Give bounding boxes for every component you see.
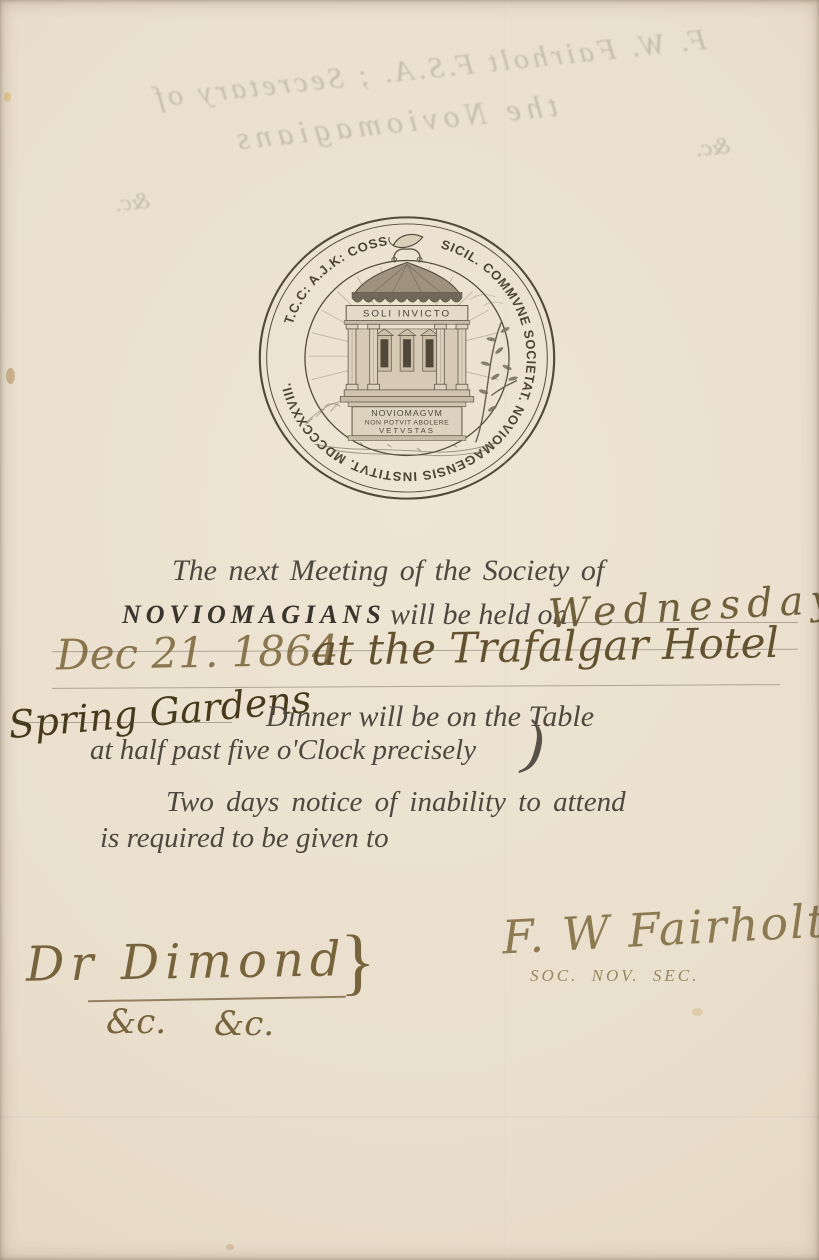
frieze-text: SOLI INVICTO	[363, 309, 451, 320]
leaf-ornament-icon	[393, 234, 422, 247]
foxing-spot	[4, 92, 11, 102]
fold-crease-vertical	[504, 0, 507, 1260]
notice-line5: Two days notice of inability to attend	[166, 786, 626, 819]
secretary-title: SOC. NOV. SEC.	[530, 966, 699, 986]
addressee-etc-2: &c.	[214, 1004, 274, 1044]
notice-line4: at half past five o'Clock precisely	[90, 734, 476, 767]
foxing-spot	[226, 1244, 234, 1250]
foxing-spot	[692, 1008, 703, 1016]
addressee-name: Dr Dimond	[26, 931, 348, 993]
addressee-brace: }	[340, 920, 376, 1005]
handwritten-date: Dec 21. 1864	[56, 626, 339, 680]
notice-line1: The next Meeting of the Society of	[172, 554, 604, 588]
pedestal-line1: NOVIOMAGVM	[371, 408, 443, 418]
notice-line6: is required to be given to	[100, 822, 389, 855]
windows	[376, 329, 439, 371]
secretary-signature: F. W Fairholt	[501, 894, 819, 965]
ruled-line	[552, 622, 798, 623]
pedestal-line3: VETVSTAS	[379, 426, 435, 435]
seal-engraving: T.C.C: A.J.K: COSS SICIL. COMMVNE SOCIET…	[250, 208, 564, 508]
showthrough-mark-left: &c.	[114, 188, 152, 219]
stylobate	[344, 390, 470, 397]
fold-crease-horizontal	[0, 1116, 819, 1120]
ruled-line	[18, 722, 232, 723]
foxing-spot	[6, 368, 15, 384]
handwritten-venue: at the Trafalgar Hotel	[312, 618, 780, 675]
showthrough-mark-right: &c.	[694, 133, 732, 164]
leaf-ornament-stem	[389, 237, 393, 245]
ruled-line	[52, 684, 780, 689]
society-seal: T.C.C: A.J.K: COSS SICIL. COMMVNE SOCIET…	[250, 208, 564, 508]
document-scan: F. W. Fairholt F.S.A. ; Secretary of the…	[0, 0, 819, 1260]
step	[340, 396, 473, 402]
addressee-etc-1: &c.	[106, 1002, 166, 1042]
